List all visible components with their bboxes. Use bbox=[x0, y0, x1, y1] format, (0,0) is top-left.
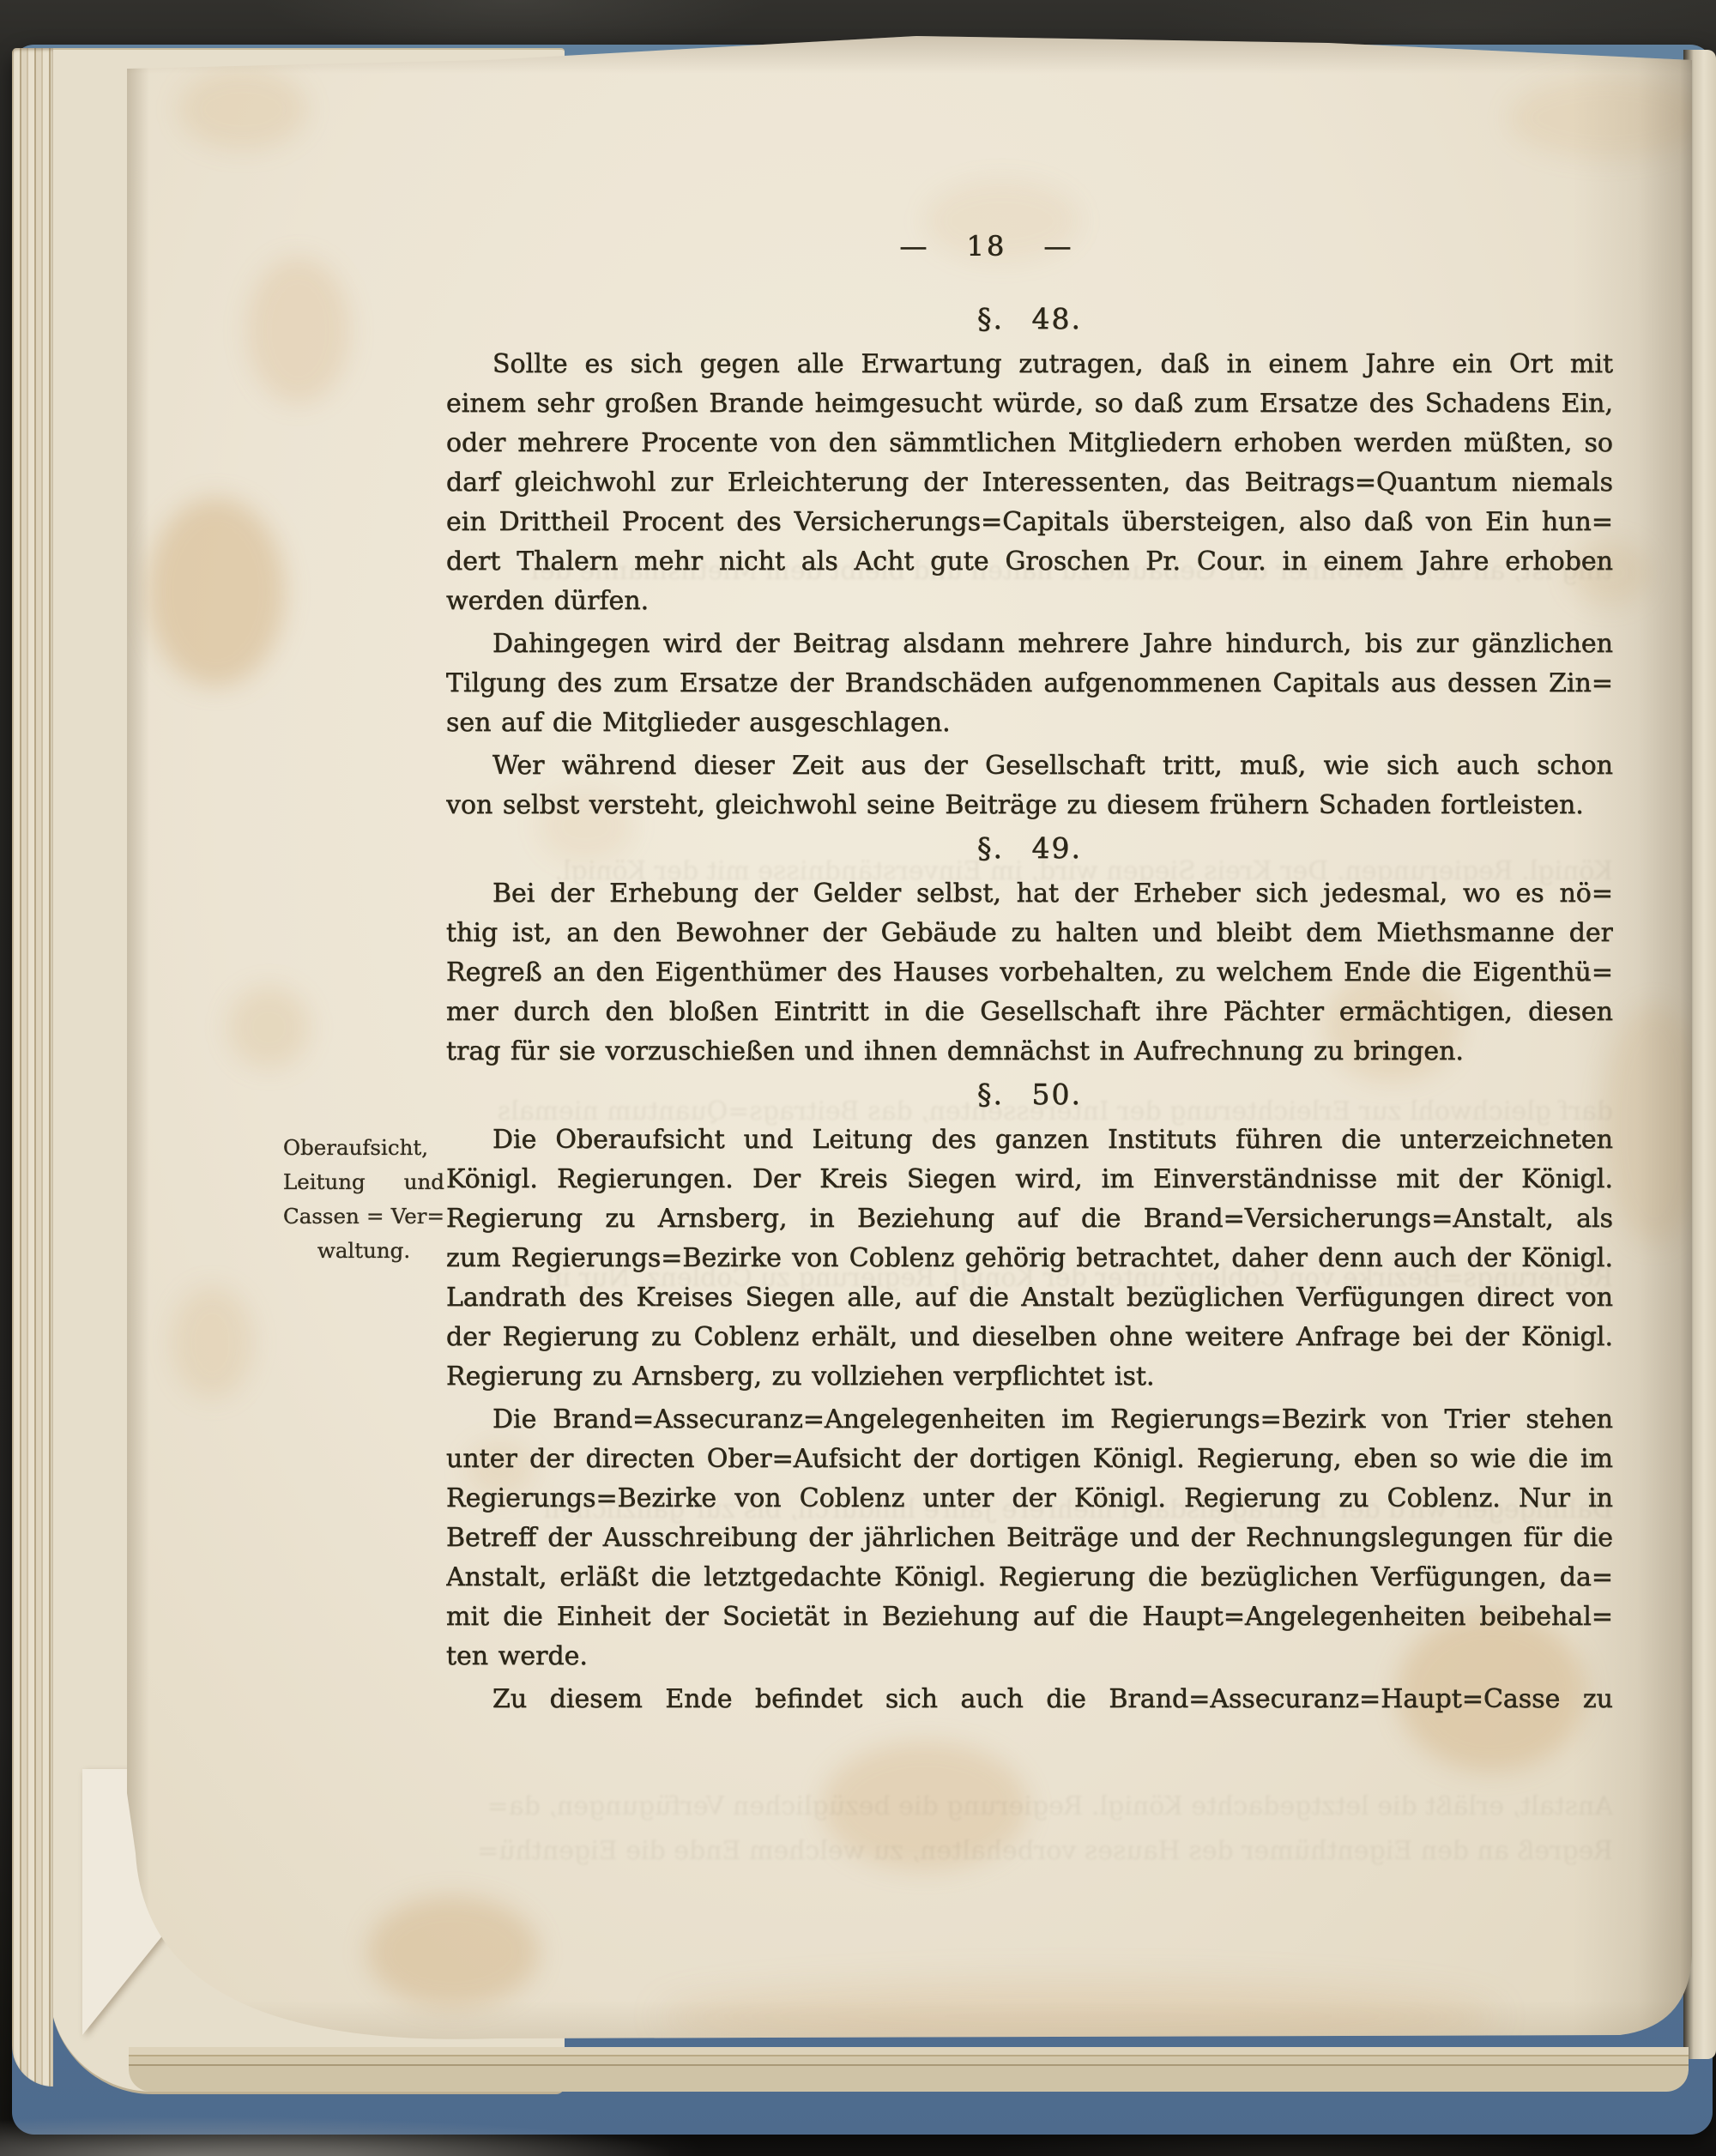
paragraph: Sollte es sich gegen alle Erwartung zutr… bbox=[446, 345, 1613, 621]
text-column: §. 48.Sollte es sich gegen alle Erwartun… bbox=[446, 296, 1613, 1723]
text-line: Tilgung des zum Ersatze der Brandschäden… bbox=[446, 664, 1613, 704]
text-line: Die Brand=Assecuranz=Angelegenheiten im … bbox=[446, 1400, 1613, 1440]
text-line: zum Regierungs=Bezirke von Coblenz gehör… bbox=[446, 1239, 1613, 1278]
text-line: der Regierung zu Coblenz erhält, und die… bbox=[446, 1318, 1613, 1357]
paragraph: Die Oberaufsicht und Leitung des ganzen … bbox=[446, 1120, 1613, 1397]
margin-note-line: Leitung und bbox=[283, 1165, 444, 1199]
text-line: werden dürfen. bbox=[446, 582, 1613, 621]
text-line: Regierungs=Bezirke von Coblenz unter der… bbox=[446, 1479, 1613, 1519]
paragraph: Zu diesem Ende befindet sich auch die Br… bbox=[446, 1680, 1613, 1719]
bleed-through-line: Regreß an den Eigenthümer des Hauses vor… bbox=[446, 1836, 1613, 1866]
paragraph: Dahingegen wird der Beitrag alsdann mehr… bbox=[446, 625, 1613, 743]
section-heading: §. 50. bbox=[446, 1075, 1613, 1114]
foxing-stain bbox=[148, 498, 285, 686]
paragraph: Die Brand=Assecuranz=Angelegenheiten im … bbox=[446, 1400, 1613, 1676]
text-line: oder mehrere Procente von den sämmtliche… bbox=[446, 424, 1613, 463]
text-line: Regierung zu Arnsberg, zu vollziehen ver… bbox=[446, 1357, 1613, 1397]
text-line: Anstalt, erläßt die letztgedachte Königl… bbox=[446, 1558, 1613, 1597]
text-line: mer durch den bloßen Eintritt in die Ges… bbox=[446, 993, 1613, 1032]
text-line: trag für sie vorzuschießen und ihnen dem… bbox=[446, 1032, 1613, 1072]
book-page: thig ist, an den Bewohner der Gebäude zu… bbox=[127, 34, 1692, 2061]
foxing-stain bbox=[228, 987, 310, 1068]
page-left-shadow bbox=[127, 34, 149, 2061]
text-line: Königl. Regierungen. Der Kreis Siegen wi… bbox=[446, 1160, 1613, 1199]
section-heading: §. 48. bbox=[446, 299, 1613, 339]
gutter-shadow bbox=[1572, 34, 1692, 2061]
text-line: Landrath des Kreises Siegen alle, auf di… bbox=[446, 1278, 1613, 1318]
text-line: unter der directen Ober=Aufsicht der dor… bbox=[446, 1440, 1613, 1479]
text-line: Regreß an den Eigenthümer des Hauses vor… bbox=[446, 953, 1613, 993]
paragraph: Bei der Erhebung der Gelder selbst, hat … bbox=[446, 874, 1613, 1072]
text-line: sen auf die Mitglieder ausgeschlagen. bbox=[446, 704, 1613, 743]
text-line: Die Oberaufsicht und Leitung des ganzen … bbox=[446, 1120, 1613, 1160]
text-line: einem sehr großen Brande heimgesucht wür… bbox=[446, 384, 1613, 424]
text-line: Sollte es sich gegen alle Erwartung zutr… bbox=[446, 345, 1613, 384]
page-number: — 18 — bbox=[403, 230, 1570, 263]
text-line: von selbst versteht, gleichwohl seine Be… bbox=[446, 786, 1613, 825]
text-line: Zu diesem Ende befindet sich auch die Br… bbox=[446, 1680, 1613, 1719]
foxing-stain bbox=[178, 69, 307, 150]
margin-note: Oberaufsicht,Leitung undCassen = Ver=wal… bbox=[283, 1131, 444, 1268]
text-line: Regierung zu Arnsberg, in Beziehung auf … bbox=[446, 1199, 1613, 1239]
page-stack-edges bbox=[12, 48, 53, 2087]
text-line: Wer während dieser Zeit aus der Gesellsc… bbox=[446, 746, 1613, 786]
text-line: dert Thalern mehr nicht als Acht gute Gr… bbox=[446, 542, 1613, 582]
foxing-stain bbox=[247, 257, 350, 403]
margin-note-line: Oberaufsicht, bbox=[283, 1131, 444, 1165]
text-line: thig ist, an den Bewohner der Gebäude zu… bbox=[446, 914, 1613, 953]
margin-note-line: waltung. bbox=[283, 1234, 444, 1268]
text-line: Bei der Erhebung der Gelder selbst, hat … bbox=[446, 874, 1613, 914]
text-line: darf gleichwohl zur Erleichterung der In… bbox=[446, 463, 1613, 503]
bottom-page-edges bbox=[129, 2047, 1689, 2092]
paragraph: Wer während dieser Zeit aus der Gesellsc… bbox=[446, 746, 1613, 825]
table-highlight bbox=[0, 2117, 669, 2156]
bleed-through-line: Anstalt, erläßt die letztgedachte Königl… bbox=[446, 1791, 1613, 1821]
text-line: Dahingegen wird der Beitrag alsdann mehr… bbox=[446, 625, 1613, 664]
text-line: Betreff der Ausschreibung der jährlichen… bbox=[446, 1519, 1613, 1558]
foxing-stain bbox=[367, 1896, 539, 2008]
photographed-book-scene: thig ist, an den Bewohner der Gebäude zu… bbox=[0, 0, 1716, 2156]
margin-note-line: Cassen = Ver= bbox=[283, 1199, 444, 1234]
text-line: ein Drittheil Procent des Versicherungs=… bbox=[446, 503, 1613, 542]
section-heading: §. 49. bbox=[446, 829, 1613, 868]
text-line: ten werde. bbox=[446, 1637, 1613, 1676]
foxing-stain bbox=[172, 1287, 253, 1398]
text-line: mit die Einheit der Societät in Beziehun… bbox=[446, 1597, 1613, 1637]
